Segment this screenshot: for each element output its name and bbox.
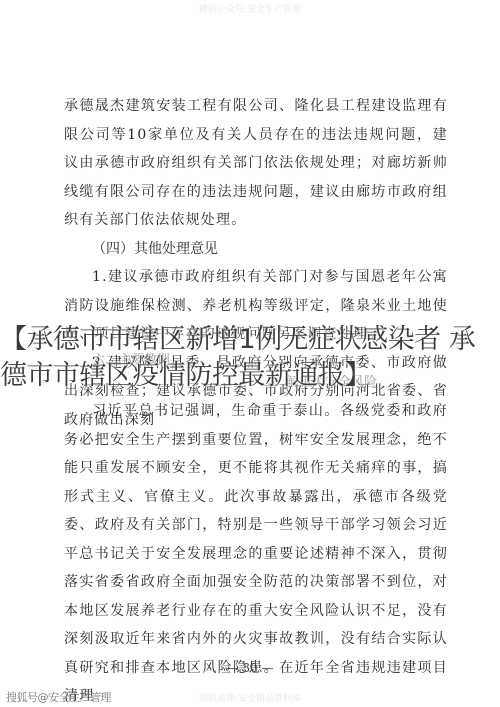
page-number: — 30 — <box>0 661 500 675</box>
overlay-headline: 【承德市市辖区新增1例无症状感染者 承德市市辖区疫情防控最新通报】 <box>0 322 500 394</box>
paragraph-violations: 承德晟杰建筑安装工程有限公司、隆化县工程建设监理有限公司等10家单位及有关人员存… <box>64 92 448 235</box>
watermark-bottom: 知识星球:安全精品资料库 <box>0 691 500 704</box>
watermark-top: 微信公众号:安全生产管理 <box>0 2 500 15</box>
section-heading-other-opinions: （四）其他处理意见 <box>64 235 448 264</box>
